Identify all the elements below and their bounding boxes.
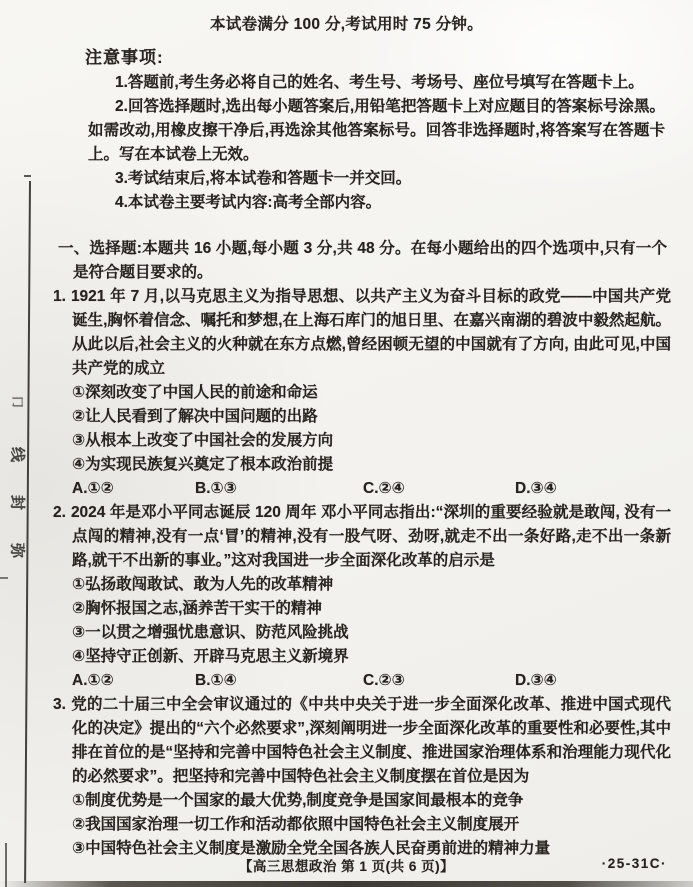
question-3-text: 党的二十届三中全会审议通过的《中共中央关于进一步全面深化改革、推进中国式现代化的… xyxy=(71,696,671,785)
notice-item-4: 4.本试卷主要考试内容:高考全部内容。 xyxy=(88,191,665,215)
question-1-sub-3: ③从根本上改变了中国社会的发展方向 xyxy=(72,429,671,453)
question-2-sub-2: ②胸怀报国之志,涵养苦干实干的精神 xyxy=(72,597,671,621)
choice-b: B.①③ xyxy=(195,477,363,501)
choice-d: D.③④ xyxy=(515,669,671,693)
question-2-choices: A.①② B.①④ C.②③ D.③④ xyxy=(72,669,671,693)
question-2-stem: 2.2024 年是邓小平同志诞辰 120 周年 邓小平同志指出:“深圳的重要经验… xyxy=(72,501,671,573)
question-1-text: 1921 年 7 月,以马克思主义为指导思想、以共产主义为奋斗目标的政党——中国… xyxy=(71,288,671,377)
question-2-sub-1: ①弘扬敢闯敢试、敢为人先的改革精神 xyxy=(72,573,671,597)
choice-b: B.①④ xyxy=(195,669,363,693)
notice-item-1: 1.答题前,考生务必将自己的姓名、考生号、考场号、座位号填写在答题卡上。 xyxy=(88,71,665,95)
question-1: 1.1921 年 7 月,以马克思主义为指导思想、以共产主义为奋斗目标的政党——… xyxy=(72,285,671,501)
question-1-sub-1: ①深刻改变了中国人民的前途和命运 xyxy=(72,381,671,405)
notice-item-3: 3.考试结束后,将本试卷和答题卡一并交回。 xyxy=(88,167,665,191)
question-1-choices: A.①② B.①③ C.②④ D.③④ xyxy=(72,477,671,501)
question-2-number: 2. xyxy=(53,504,66,521)
question-2-sub-3: ③一以贯之增强忧患意识、防范风险挑战 xyxy=(72,621,671,645)
notice-item-2: 2.回答选择题时,选出每小题答案后,用铅笔把答题卡上对应题目的答案标号涂黑。如需… xyxy=(88,95,665,167)
exam-score-duration-line: 本试卷满分 100 分,考试用时 75 分钟。 xyxy=(0,0,693,34)
footer-paper-code: ·25-31C· xyxy=(602,856,667,871)
footer-page-info: 【高三思想政治 第 1 页(共 6 页)】 xyxy=(0,855,693,875)
seal-margin-char: 弥 xyxy=(8,541,29,561)
choice-c: C.②④ xyxy=(363,477,515,501)
question-1-sub-4: ④为实现民族复兴奠定了根本政治前提 xyxy=(72,453,671,477)
exam-paper-page: 冂 线 封 弥 本试卷满分 100 分,考试用时 75 分钟。 注意事项: 1.… xyxy=(0,0,693,887)
question-3-sub-1: ①制度优势是一个国家的最大优势,制度竞争是国家间最根本的竞争 xyxy=(72,789,671,813)
question-2: 2.2024 年是邓小平同志诞辰 120 周年 邓小平同志指出:“深圳的重要经验… xyxy=(72,501,671,693)
question-1-number: 1. xyxy=(53,288,66,305)
section-heading: 一、选择题:本题共 16 小题,每小题 3 分,共 48 分。在每小题给出的四个… xyxy=(73,237,667,285)
seal-margin-char: 封 xyxy=(8,493,29,513)
scan-bottom-edge xyxy=(0,881,693,887)
question-3: 3.党的二十届三中全会审议通过的《中共中央关于进一步全面深化改革、推进中国式现代… xyxy=(72,693,671,861)
choice-c: C.②③ xyxy=(363,669,515,693)
seal-margin-char: 线 xyxy=(8,445,29,465)
question-2-sub-4: ④坚持守正创新、开辟马克思主义新境界 xyxy=(72,645,671,669)
question-1-sub-2: ②让人民看到了解决中国问题的出路 xyxy=(72,405,671,429)
question-3-stem: 3.党的二十届三中全会审议通过的《中共中央关于进一步全面深化改革、推进中国式现代… xyxy=(72,693,671,789)
question-1-stem: 1.1921 年 7 月,以马克思主义为指导思想、以共产主义为奋斗目标的政党——… xyxy=(72,285,671,381)
left-edge-dash xyxy=(0,577,8,579)
notice-title: 注意事项: xyxy=(85,43,693,68)
seal-line xyxy=(24,181,31,883)
question-3-sub-2: ②我国国家治理一切工作和活动都依照中国特色社会主义制度展开 xyxy=(72,813,671,837)
choice-a: A.①② xyxy=(72,477,195,501)
question-2-text: 2024 年是邓小平同志诞辰 120 周年 邓小平同志指出:“深圳的重要经验就是… xyxy=(71,504,671,569)
choice-a: A.①② xyxy=(72,669,195,693)
choice-d: D.③④ xyxy=(515,477,671,501)
seal-line-tick xyxy=(24,175,31,177)
question-3-number: 3. xyxy=(53,696,66,713)
seal-margin-mark: 冂 xyxy=(10,392,26,412)
